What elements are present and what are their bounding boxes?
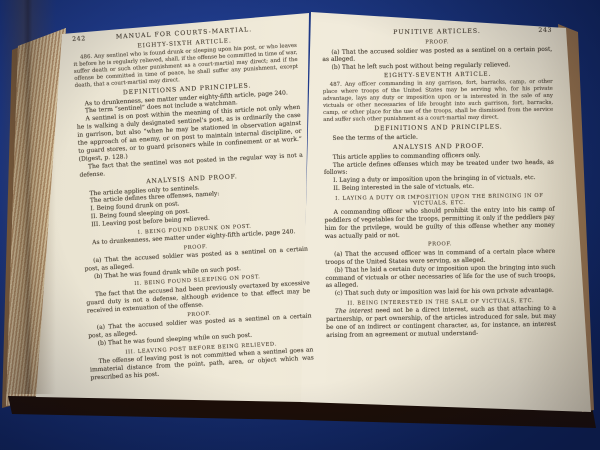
book-gutter-shadow — [0, 0, 56, 394]
statute-text-487: 487. Any officer commanding in any garri… — [323, 79, 554, 124]
subheading-laying-duty: I. LAYING A DUTY OR IMPOSITION UPON THE … — [332, 193, 546, 208]
right-running-header: PUNITIVE ARTICLES. — [348, 27, 526, 36]
photo-scene: 242 MANUAL FOR COURTS-MARTIAL. EIGHTY-SI… — [0, 0, 600, 450]
right-page-content: PUNITIVE ARTICLES. 243 PROOF. (a) That t… — [322, 27, 556, 340]
spacer — [270, 29, 296, 30]
paragraph: A commanding officer who should prohibit… — [325, 206, 555, 241]
paragraph: See the terms of the article. — [323, 131, 553, 142]
italic-lead: The interest — [335, 308, 373, 316]
left-page-number: 242 — [72, 35, 98, 43]
paragraph: (c) That such duty or imposition was lai… — [326, 287, 556, 298]
right-page-number: 243 — [526, 27, 552, 34]
paragraph: The interest need not be a direct intere… — [326, 305, 556, 340]
left-page-content: 242 MANUAL FOR COURTS-MARTIAL. EIGHTY-SI… — [72, 24, 314, 382]
